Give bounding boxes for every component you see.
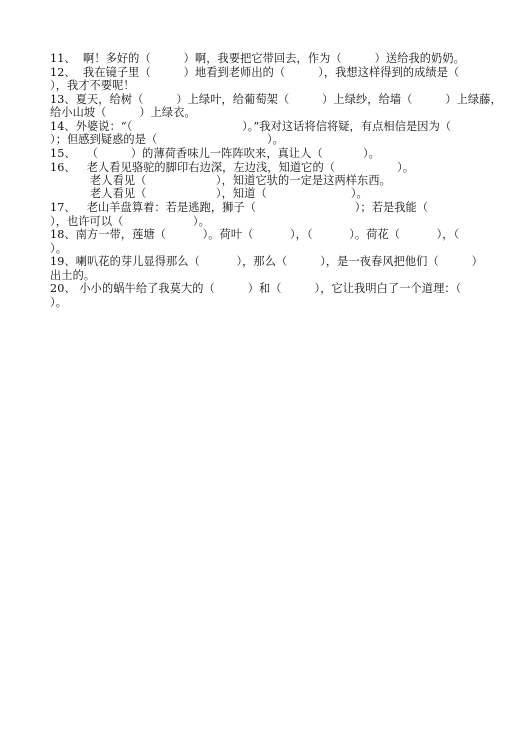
question-18-line-1: 18、南方一带，莲塘（ ）。荷叶（ ），（ ）。荷花（ ），（ <box>50 228 459 242</box>
question-15-line-1: 15、 （ ）的薄荷香味儿一阵阵吹来，真让人（ ）。 <box>50 147 380 161</box>
question-16-line-1: 16、 老人看见骆驼的脚印右边深，左边浅，知道它的（ ）。 <box>50 161 414 175</box>
question-19-line-1: 19、喇叭花的芽儿显得那么（ ），那么（ ），是一夜春风把他们（ ） <box>50 255 483 269</box>
question-18-line-2: ）。 <box>50 242 67 256</box>
question-13-line-2: 给小山坡（ ）上绿衣。 <box>50 106 196 120</box>
question-19-line-2: 出土的。 <box>50 269 95 283</box>
question-14-line-2: ）；但感到疑惑的是（ ）。 <box>50 133 284 147</box>
question-17-line-1: 17、 老山羊盘算着：若是逃跑，狮子（ ）；若是我能（ <box>50 201 428 215</box>
question-11-line-1: 11、 啊！多好的（ ）啊，我要把它带回去，作为（ ）送给我的奶奶。 <box>50 52 465 66</box>
question-16-line-3: 老人看见（ ），知道（ ）。 <box>90 187 368 201</box>
question-13-line-1: 13、夏天，给树（ ）上绿叶，给葡萄架（ ）上绿纱，给墙（ ）上绿藤， <box>50 93 502 107</box>
question-14-line-1: 14、外婆说：“（ ）。”我对这话将信将疑，有点相信是因为（ <box>50 120 451 134</box>
question-17-line-2: ），也许可以（ ）。 <box>50 215 210 229</box>
worksheet-page: 11、 啊！多好的（ ）啊，我要把它带回去，作为（ ）送给我的奶奶。 12、 我… <box>0 0 516 729</box>
question-20-line-1: 20、 小小的蜗牛给了我莫大的（ ）和（ ），它让我明白了一个道理：（ <box>50 282 461 296</box>
question-20-line-2: ）。 <box>50 296 67 310</box>
question-16-line-2: 老人看见（ ），知道它驮的一定是这两样东西。 <box>90 174 391 188</box>
question-12-line-2: ），我才不要呢！ <box>50 79 135 93</box>
question-12-line-1: 12、 我在镜子里（ ）地看到老师出的（ ），我想这样得到的成绩是（ <box>50 66 459 80</box>
